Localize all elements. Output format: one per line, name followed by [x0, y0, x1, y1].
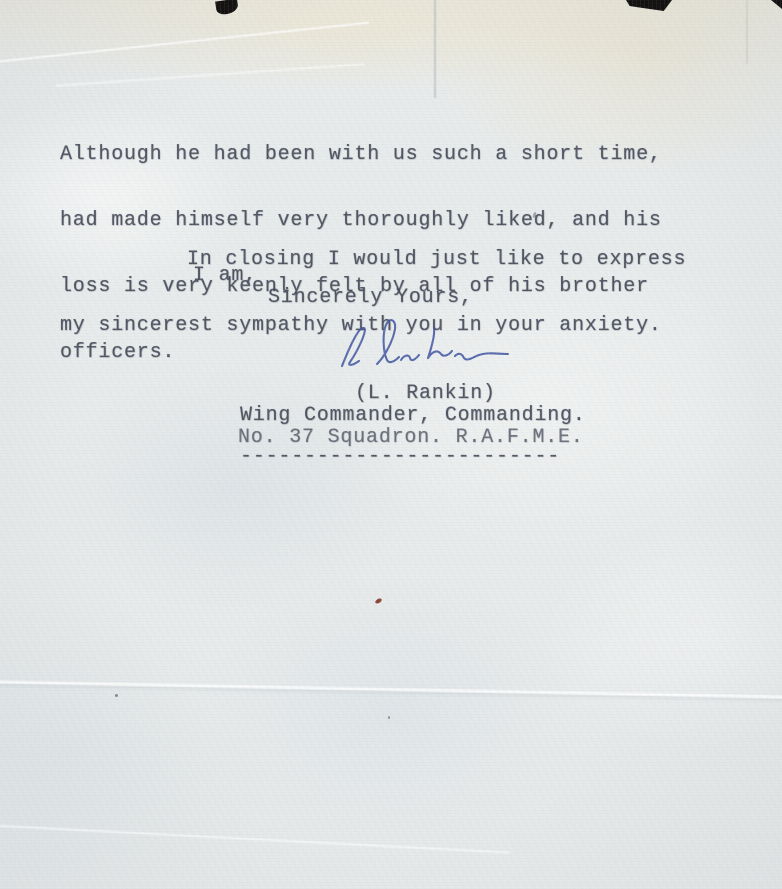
- tear-mark-top-left: [215, 0, 239, 15]
- tear-mark-top-right-corner: [771, 0, 782, 9]
- tear-mark-top-middle: [626, 0, 672, 11]
- paper-crease-diagonal-2: [55, 63, 364, 87]
- signoff-rank-line: Wing Commander, Commanding.: [240, 405, 586, 427]
- paper-crease-vertical-top: [434, 0, 436, 98]
- closing-i-am: I am,: [193, 265, 257, 287]
- paragraph-1-line-1: Although he had been with us such a shor…: [60, 144, 662, 166]
- dust-speck-2: [388, 716, 390, 719]
- paragraph-2-line-1: In closing I would just like to express: [60, 249, 686, 271]
- letter-page: Although he had been with us such a shor…: [0, 0, 782, 889]
- dust-speck-1: [115, 694, 118, 697]
- signoff-typed-name: (L. Rankin): [355, 383, 496, 405]
- signature-handwritten: [332, 314, 518, 382]
- paper-crease-diagonal-1: [0, 22, 369, 65]
- closing-valediction: Sincerely Yours,: [268, 287, 473, 309]
- paper-crease-vertical-right: [746, 0, 748, 64]
- signature-ink-strokes: [332, 314, 518, 382]
- paper-fold-horizontal: [0, 680, 782, 698]
- red-ink-speck: [374, 598, 382, 605]
- signoff-dashed-rule: -------------------------: [240, 446, 560, 468]
- paper-fold-bottom-left: [0, 824, 510, 853]
